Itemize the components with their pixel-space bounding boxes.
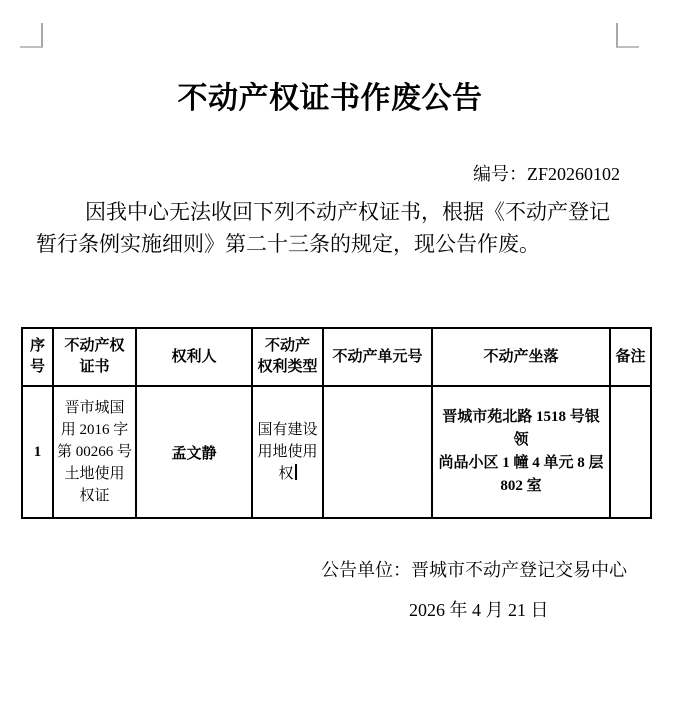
issuer-line[interactable]: 公告单位：晋城市不动产登记交易中心 bbox=[321, 560, 627, 580]
margin-crop-mark-top-left bbox=[20, 23, 43, 48]
text-cursor bbox=[295, 464, 297, 480]
col-header-certificate[interactable]: 不动产权 证书 bbox=[53, 328, 136, 386]
page-title[interactable]: 不动产权证书作废公告 bbox=[0, 82, 660, 116]
cell-remark[interactable] bbox=[610, 386, 651, 518]
col-header-seq[interactable]: 序 号 bbox=[22, 328, 53, 386]
col-header-right-type[interactable]: 不动产 权利类型 bbox=[252, 328, 323, 386]
body-paragraph[interactable]: 因我中心无法收回下列不动产权证书，根据《不动产登记 暂行条例实施细则》第二十三条… bbox=[36, 196, 636, 260]
col-header-remark[interactable]: 备注 bbox=[610, 328, 651, 386]
date-line[interactable]: 2026 年 4 月 21 日 bbox=[409, 600, 549, 620]
cell-unit-number[interactable] bbox=[323, 386, 432, 518]
cell-right-type[interactable]: 国有建设 用地使用 权 bbox=[252, 386, 323, 518]
cell-seq[interactable]: 1 bbox=[22, 386, 53, 518]
col-header-location[interactable]: 不动产坐落 bbox=[432, 328, 610, 386]
right-type-text: 国有建设 用地使用 权 bbox=[257, 422, 317, 482]
col-header-holder[interactable]: 权利人 bbox=[136, 328, 252, 386]
cell-holder[interactable]: 孟文静 bbox=[136, 386, 252, 518]
margin-crop-mark-top-right bbox=[616, 23, 639, 48]
certificates-table: 序 号 不动产权 证书 权利人 不动产 权利类型 不动产单元号 不动产坐落 备注… bbox=[21, 327, 652, 519]
doc-number[interactable]: 编号：ZF20260102 bbox=[473, 164, 620, 184]
document-page: 不动产权证书作废公告 编号：ZF20260102 因我中心无法收回下列不动产权证… bbox=[0, 0, 674, 716]
table-header-row: 序 号 不动产权 证书 权利人 不动产 权利类型 不动产单元号 不动产坐落 备注 bbox=[22, 328, 651, 386]
col-header-unit-number[interactable]: 不动产单元号 bbox=[323, 328, 432, 386]
cell-location[interactable]: 晋城市苑北路 1518 号银领 尚品小区 1 幢 4 单元 8 层 802 室 bbox=[432, 386, 610, 518]
table-row: 1 晋市城国 用 2016 字 第 00266 号 土地使用 权证 孟文静 国有… bbox=[22, 386, 651, 518]
cell-certificate[interactable]: 晋市城国 用 2016 字 第 00266 号 土地使用 权证 bbox=[53, 386, 136, 518]
